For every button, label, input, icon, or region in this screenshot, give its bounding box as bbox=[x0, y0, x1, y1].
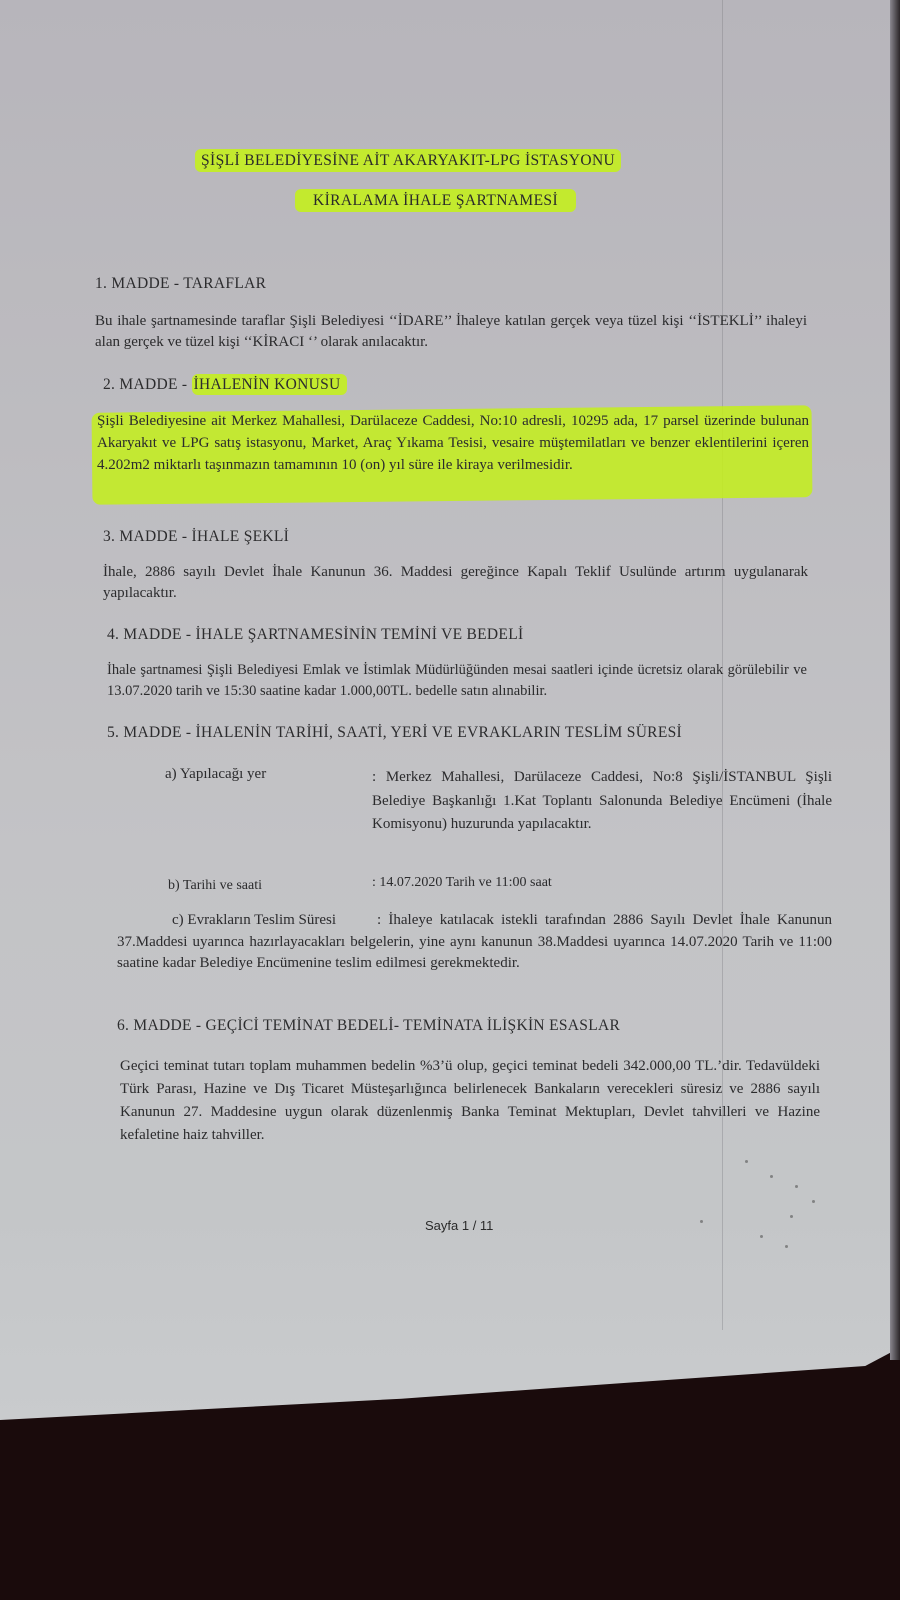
title-line-2-text: KİRALAMA İHALE ŞARTNAMESİ bbox=[295, 189, 576, 212]
section-1-heading: 1. MADDE - TARAFLAR bbox=[95, 273, 266, 294]
section-1-body: Bu ihale şartnamesinde taraflar Şişli Be… bbox=[95, 311, 807, 353]
document-title-line-2: KİRALAMA İHALE ŞARTNAMESİ bbox=[295, 190, 576, 211]
section-1-number: 1. MADDE - bbox=[95, 275, 183, 292]
ink-mark bbox=[790, 1215, 793, 1218]
section-2-heading: 2. MADDE - İHALENİN KONUSU bbox=[103, 374, 347, 395]
section-3-number: 3. MADDE - bbox=[103, 528, 192, 545]
ink-mark bbox=[785, 1245, 788, 1248]
section-5a-value: : Merkez Mahallesi, Darülaceze Caddesi, … bbox=[372, 766, 832, 837]
ink-mark bbox=[700, 1220, 703, 1223]
section-2-number: 2. MADDE - bbox=[103, 376, 192, 393]
section-5-title: İHALENİN TARİHİ, SAATİ, YERİ VE EVRAKLAR… bbox=[196, 724, 682, 741]
ink-mark bbox=[770, 1175, 773, 1178]
document-page: ŞİŞLİ BELEDİYESİNE AİT AKARYAKIT-LPG İST… bbox=[0, 0, 892, 1420]
section-5a-label: a) Yapılacağı yer bbox=[165, 766, 266, 783]
section-1-title: TARAFLAR bbox=[183, 275, 266, 292]
section-6-heading: 6. MADDE - GEÇİCİ TEMİNAT BEDELİ- TEMİNA… bbox=[117, 1015, 620, 1036]
title-line-1-text: ŞİŞLİ BELEDİYESİNE AİT AKARYAKIT-LPG İST… bbox=[195, 149, 621, 172]
ink-mark bbox=[795, 1185, 798, 1188]
section-5-heading: 5. MADDE - İHALENİN TARİHİ, SAATİ, YERİ … bbox=[107, 722, 682, 743]
paper-edge-shadow bbox=[890, 0, 900, 1360]
ink-mark bbox=[745, 1160, 748, 1163]
ink-mark bbox=[760, 1235, 763, 1238]
section-4-number: 4. MADDE - bbox=[107, 626, 196, 643]
section-6-number: 6. MADDE - bbox=[117, 1017, 206, 1034]
section-4-body: İhale şartnamesi Şişli Belediyesi Emlak … bbox=[107, 660, 807, 702]
section-5b-value: : 14.07.2020 Tarih ve 11:00 saat bbox=[372, 875, 552, 891]
section-4-title: İHALE ŞARTNAMESİNİN TEMİNİ VE BEDELİ bbox=[196, 626, 524, 643]
document-title-line-1: ŞİŞLİ BELEDİYESİNE AİT AKARYAKIT-LPG İST… bbox=[195, 150, 621, 171]
section-6-body: Geçici teminat tutarı toplam muhammen be… bbox=[120, 1055, 820, 1147]
section-3-body: İhale, 2886 sayılı Devlet İhale Kanunun … bbox=[103, 562, 808, 604]
ink-mark bbox=[812, 1200, 815, 1203]
section-5c-value: : İhaleye katılacak istekli tarafından 2… bbox=[117, 910, 832, 975]
section-3-title: İHALE ŞEKLİ bbox=[192, 528, 290, 545]
section-2-body: Şişli Belediyesine ait Merkez Mahallesi,… bbox=[97, 410, 809, 476]
section-4-heading: 4. MADDE - İHALE ŞARTNAMESİNİN TEMİNİ VE… bbox=[107, 624, 523, 645]
page-number: Sayfa 1 / 11 bbox=[425, 1218, 493, 1233]
section-6-title: GEÇİCİ TEMİNAT BEDELİ- TEMİNATA İLİŞKİN … bbox=[206, 1017, 621, 1034]
section-5-number: 5. MADDE - bbox=[107, 724, 196, 741]
section-2-title: İHALENİN KONUSU bbox=[192, 374, 347, 395]
section-5b-label: b) Tarihi ve saati bbox=[168, 878, 262, 894]
section-3-heading: 3. MADDE - İHALE ŞEKLİ bbox=[103, 526, 289, 547]
